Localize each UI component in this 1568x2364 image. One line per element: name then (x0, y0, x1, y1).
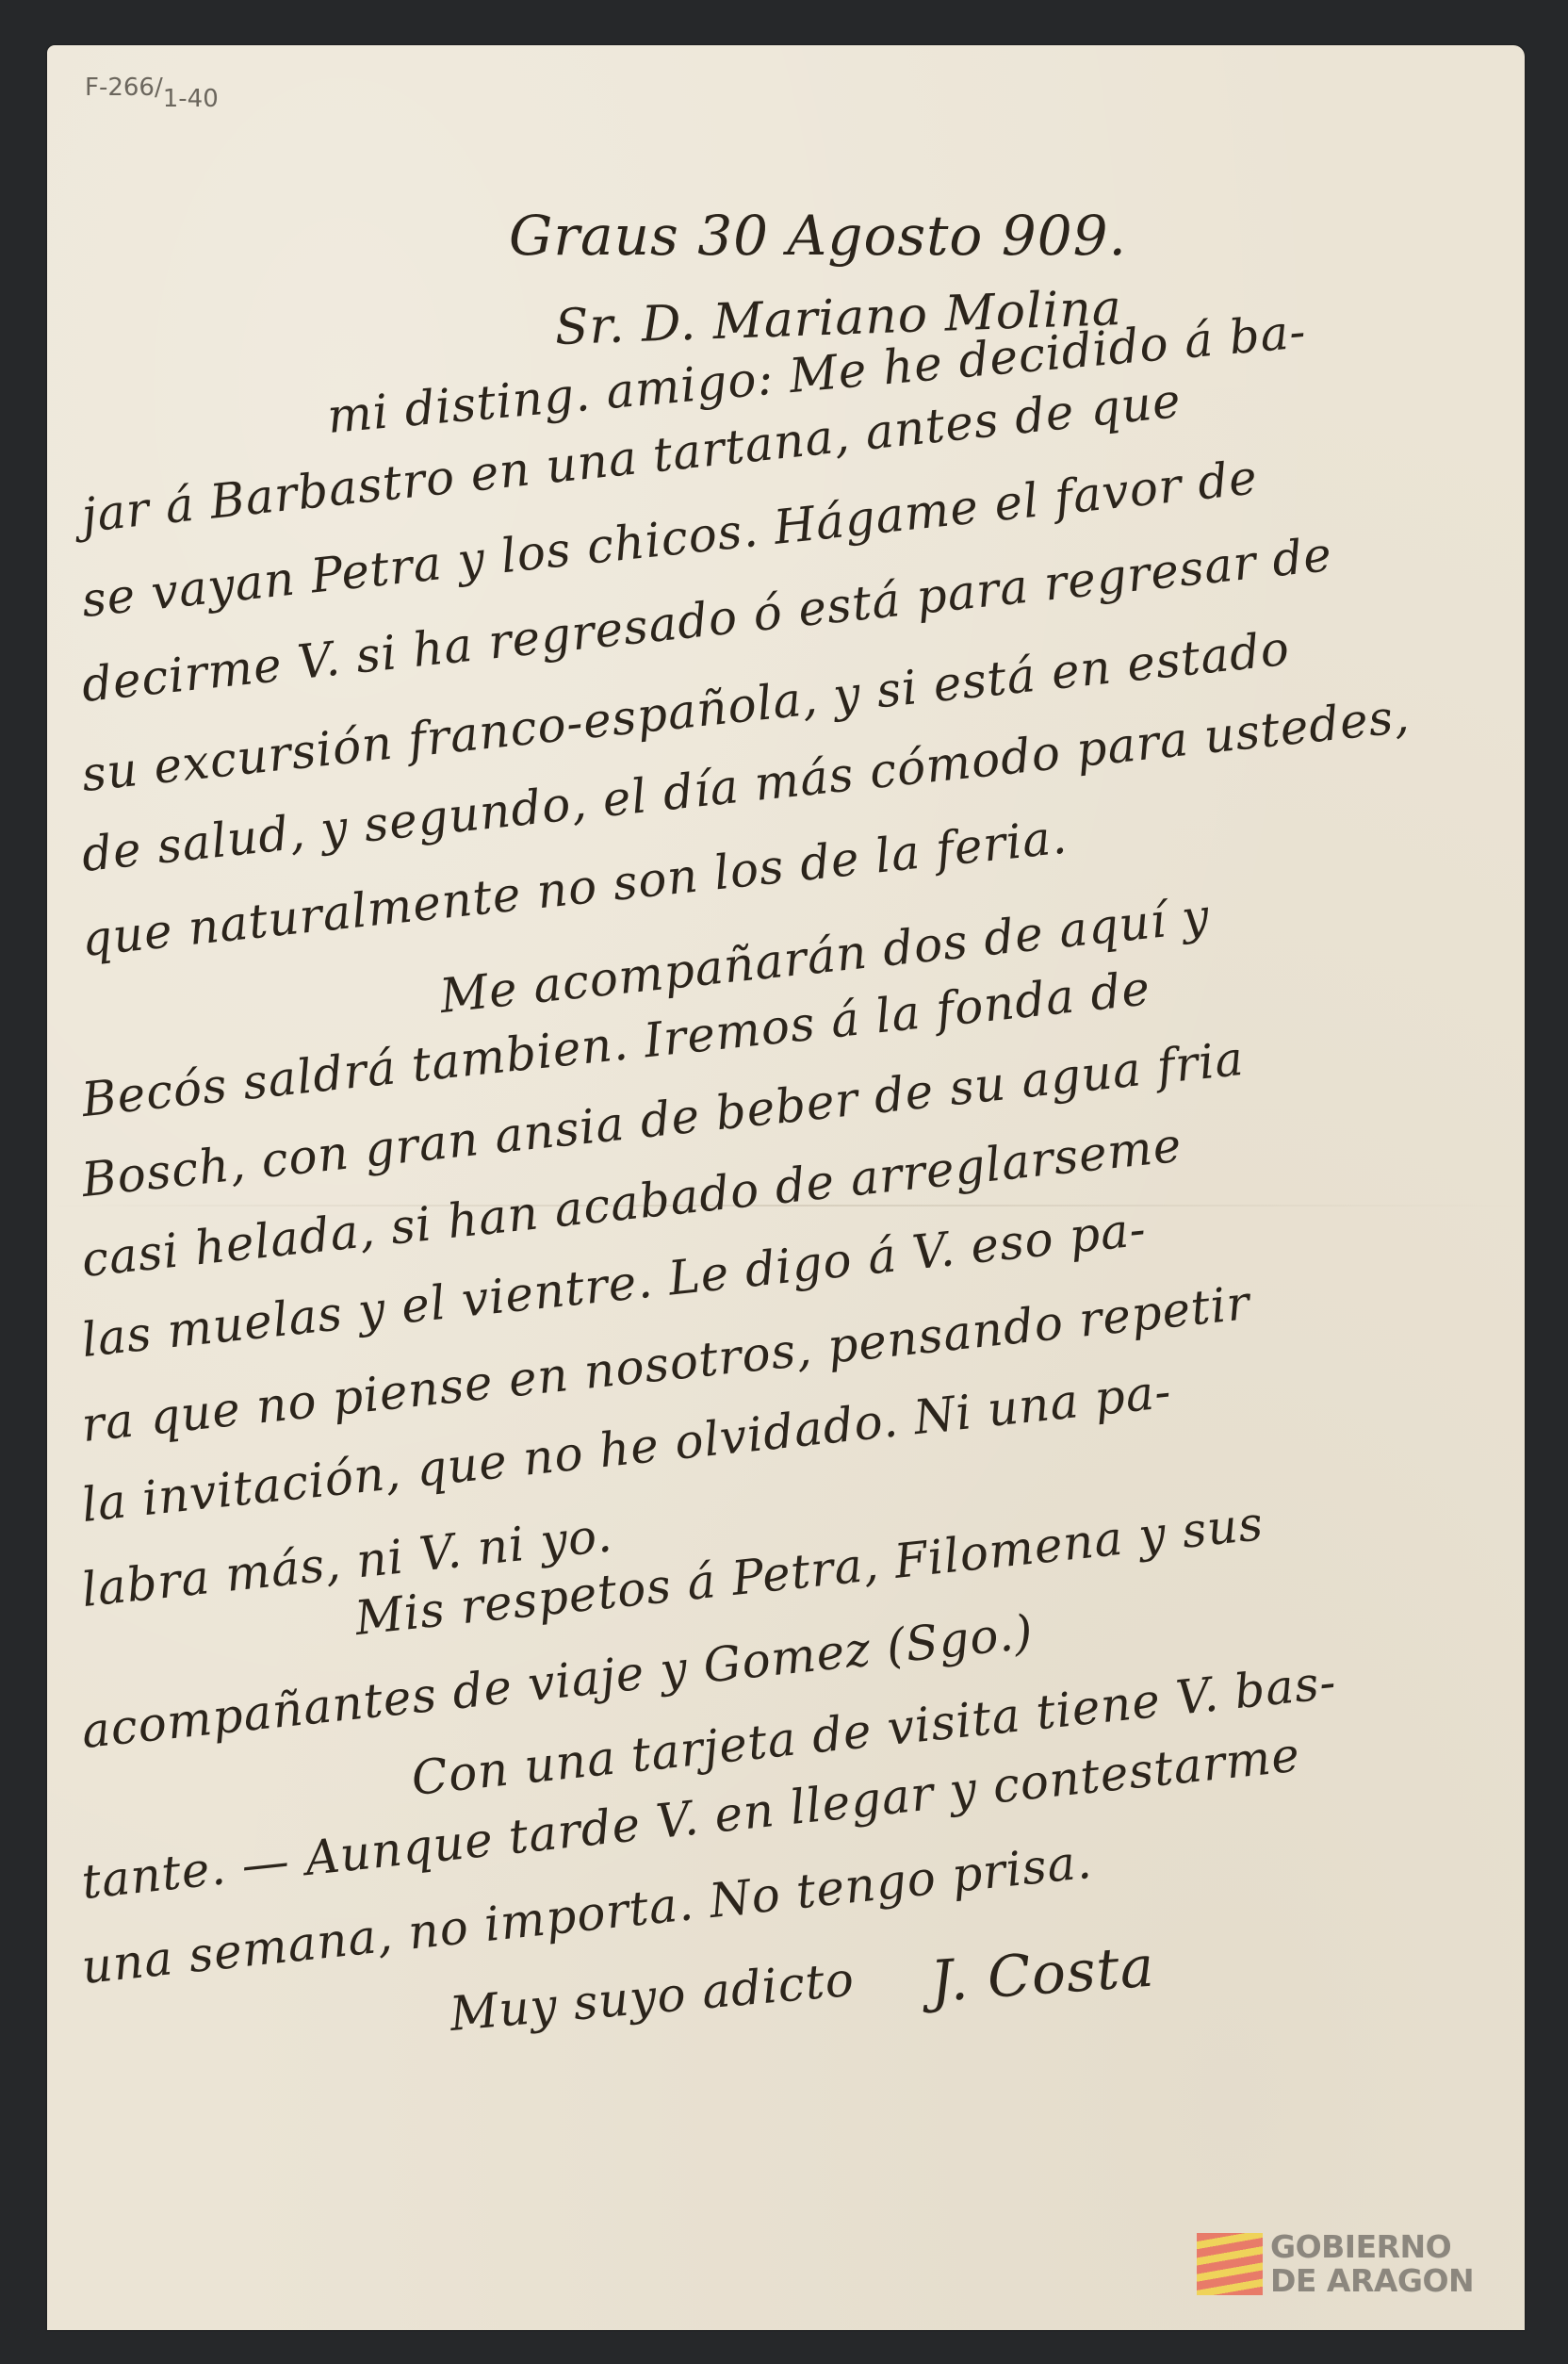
archive-ref-sub: 1-40 (163, 85, 219, 113)
aragon-flag-icon (1197, 2233, 1263, 2295)
gobierno-de-aragon-logo: GOBIERNO DE ARAGON (1197, 2230, 1474, 2298)
place-date: Graus 30 Agosto 909. (509, 204, 1127, 268)
closing: Muy suyo adicto (448, 1952, 857, 2042)
logo-line-2: DE ARAGON (1270, 2264, 1474, 2298)
logo-line-1: GOBIERNO (1270, 2230, 1474, 2264)
logo-text: GOBIERNO DE ARAGON (1270, 2230, 1474, 2298)
archive-ref-main: F-266 (85, 74, 155, 102)
signature: J. Costa (928, 1934, 1157, 2015)
archive-reference: F-266/1-40 (85, 74, 219, 102)
letter-page: F-266/1-40 Graus 30 Agosto 909. Sr. D. M… (47, 45, 1525, 2330)
